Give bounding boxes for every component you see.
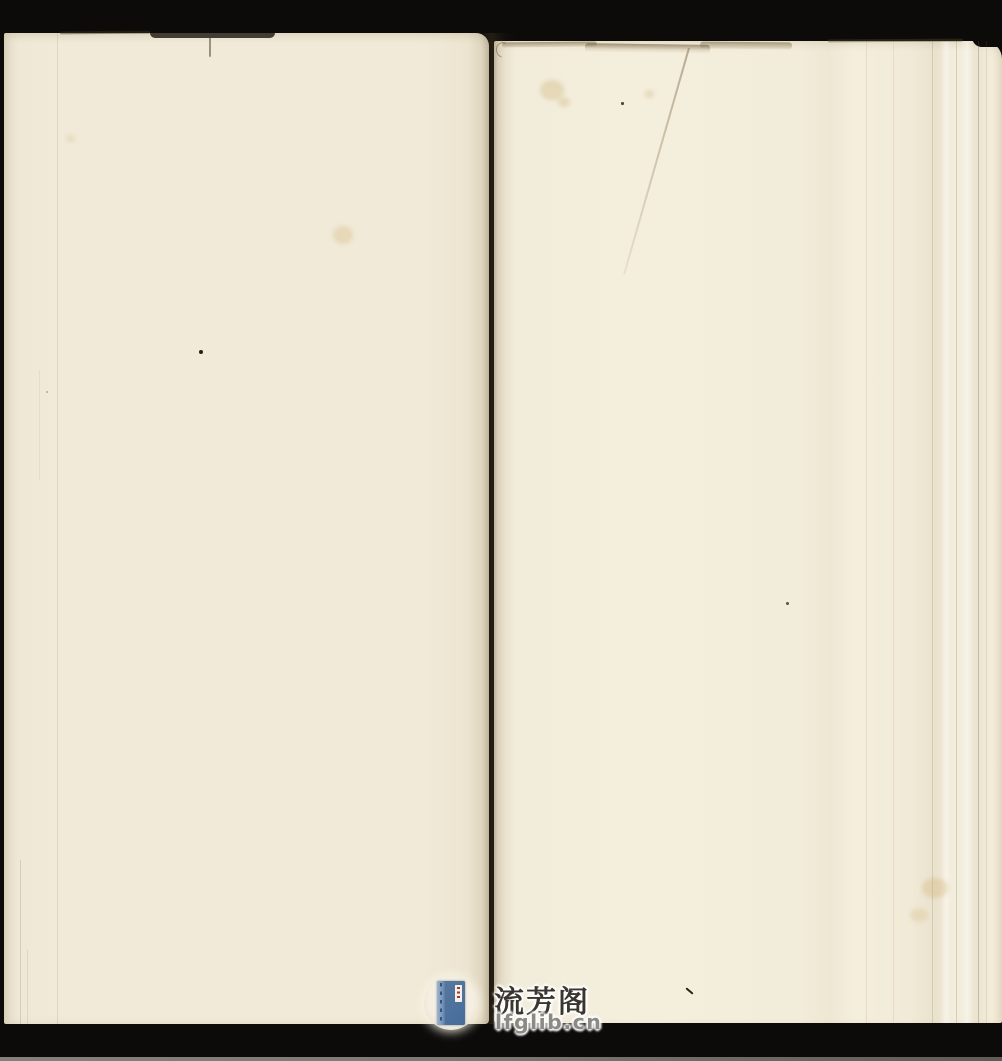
crease-line	[986, 41, 987, 1023]
torn-edge-mark	[150, 33, 275, 38]
top-right-black-corner	[972, 0, 1002, 47]
stain	[645, 90, 654, 98]
watermark-badge	[424, 976, 478, 1030]
ink-speck	[621, 102, 624, 105]
torn-edge-mark	[585, 43, 710, 54]
crease-line	[20, 860, 21, 1024]
torn-edge-mark	[502, 42, 597, 48]
crease-highlight	[940, 41, 952, 1023]
scanner-bottom-edge	[0, 1057, 1002, 1061]
thread-bound-book-icon	[437, 981, 465, 1025]
watermark-site-url: lfglib.cn	[495, 1010, 602, 1034]
right-page	[494, 41, 1002, 1023]
ink-speck	[199, 350, 203, 354]
left-page	[4, 33, 489, 1024]
crease-line	[956, 41, 957, 1023]
crease-highlight	[960, 41, 974, 1023]
torn-edge-mark	[700, 42, 792, 50]
crease-line	[978, 41, 979, 1023]
stain	[922, 878, 948, 898]
crease-line	[893, 41, 894, 1023]
edge-crack	[209, 37, 211, 57]
crease-line	[39, 370, 40, 480]
crease-line	[27, 950, 28, 1024]
book-title-label	[455, 985, 462, 1002]
ink-speck	[786, 602, 789, 605]
stain	[910, 908, 928, 922]
crease-line	[57, 33, 58, 1024]
gutter-shadow	[468, 33, 516, 1024]
ink-speck	[46, 391, 48, 393]
crease-line	[932, 41, 933, 1023]
stain	[66, 135, 75, 142]
book-label-text-marks	[457, 987, 460, 1000]
stain	[558, 97, 570, 107]
watermark: 流芳阁 lfglib.cn	[424, 974, 694, 1036]
stain	[333, 226, 353, 244]
book-scan-canvas: 流芳阁 lfglib.cn	[0, 0, 1002, 1061]
crease-line	[866, 41, 867, 1023]
book-stitch-marks	[440, 983, 442, 1023]
